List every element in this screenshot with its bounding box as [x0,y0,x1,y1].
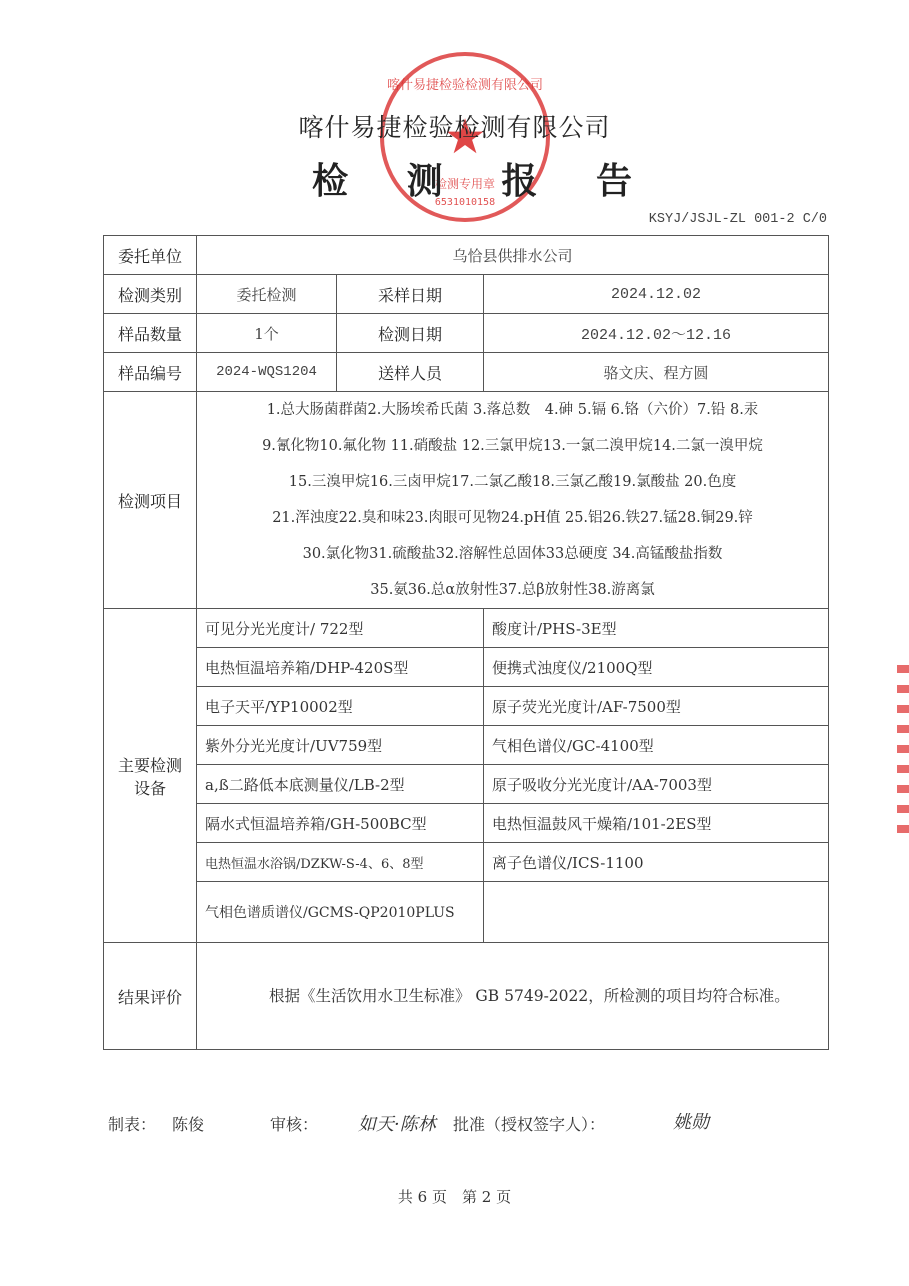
test-items-line: 30.氯化物31.硫酸盐32.溶解性总固体33总硬度 34.高锰酸盐指数 [205,536,820,572]
sender-label: 送样人员 [337,353,484,392]
title-char: 告 [596,153,632,204]
row-sample-count: 样品数量 1个 检测日期 2024.12.02～12.16 [104,314,829,353]
result-label: 结果评价 [104,943,197,1050]
equipment-item: 离子色谱仪/ICS-1100 [484,843,829,882]
result-cell: 根据《生活饮用水卫生标准》 GB 5749-2022，所检测的项目均符合标准。 [197,943,829,1050]
report-title: 检 测 报 告 [312,153,632,204]
equipment-row: 隔水式恒温培养箱/GH-500BC型 电热恒温鼓风干燥箱/101-2ES型 [104,804,829,843]
equipment-row: 电子天平/YP10002型 原子荧光光度计/AF-7500型 [104,687,829,726]
page-number: 共 6 页 第 2 页 [0,1186,909,1207]
row-test-type: 检测类别 委托检测 采样日期 2024.12.02 [104,275,829,314]
reviewed-by-label: 审核： [270,1112,318,1135]
result-text: 根据《生活饮用水卫生标准》 GB 5749-2022，所检测的项目均符合标准。 [205,983,820,1009]
sender-value: 骆文庆、程方圆 [484,353,829,392]
equipment-row: 气相色谱质谱仪/GCMS-QP2010PLUS [104,882,829,943]
equipment-item: 可见分光光度计/ 722型 [197,609,484,648]
test-date-value: 2024.12.02～12.16 [484,314,829,353]
equipment-item: 电热恒温鼓风干燥箱/101-2ES型 [484,804,829,843]
test-items-line: 15.三溴甲烷16.三卤甲烷17.二氯乙酸18.三氯乙酸19.氯酸盐 20.色度 [205,464,820,500]
client-value: 乌恰县供排水公司 [197,236,829,275]
equipment-row: 电热恒温培养箱/DHP-420S型 便携式浊度仪/2100Q型 [104,648,829,687]
prepared-by-label: 制表： [108,1112,156,1135]
equipment-item: 隔水式恒温培养箱/GH-500BC型 [197,804,484,843]
equipment-item: 原子吸收分光光度计/AA-7003型 [484,765,829,804]
equipment-item: a,ß二路低本底测量仪/LB-2型 [197,765,484,804]
equipment-item: 原子荧光光度计/AF-7500型 [484,687,829,726]
equipment-row: 主要检测 设备 可见分光光度计/ 722型 酸度计/PHS-3E型 [104,609,829,648]
edge-seal-mark [897,665,909,835]
sample-count-value: 1个 [197,314,337,353]
equipment-row: a,ß二路低本底测量仪/LB-2型 原子吸收分光光度计/AA-7003型 [104,765,829,804]
title-char: 测 [407,153,443,204]
equipment-row: 电热恒温水浴锅/DZKW-S-4、6、8型 离子色谱仪/ICS-1100 [104,843,829,882]
equipment-item: 电热恒温水浴锅/DZKW-S-4、6、8型 [197,843,484,882]
report-table: 委托单位 乌恰县供排水公司 检测类别 委托检测 采样日期 2024.12.02 … [103,235,829,1050]
title-char: 检 [312,153,348,204]
equipment-row: 紫外分光光度计/UV759型 气相色谱仪/GC-4100型 [104,726,829,765]
signature-row: 制表： 陈俊 审核： 如天·陈林 批准（授权签字人）： 姚勋 [108,1112,808,1142]
test-items-list: 1.总大肠菌群菌2.大肠埃希氏菌 3.落总数 4.砷 5.镉 6.铬（六价）7.… [197,392,829,609]
row-test-items: 检测项目 1.总大肠菌群菌2.大肠埃希氏菌 3.落总数 4.砷 5.镉 6.铬（… [104,392,829,609]
test-items-line: 35.氨36.总α放射性37.总β放射性38.游离氯 [205,572,820,608]
equipment-item: 气相色谱仪/GC-4100型 [484,726,829,765]
row-client: 委托单位 乌恰县供排水公司 [104,236,829,275]
test-items-line: 9.氰化物10.氟化物 11.硝酸盐 12.三氯甲烷13.一氯二溴甲烷14.二氯… [205,428,820,464]
prepared-by-name: 陈俊 [172,1112,204,1135]
row-result: 结果评价 根据《生活饮用水卫生标准》 GB 5749-2022，所检测的项目均符… [104,943,829,1050]
equipment-label: 主要检测 设备 [104,609,197,943]
approver-signature: 姚勋 [673,1108,709,1134]
sample-count-label: 样品数量 [104,314,197,353]
seal-top-text: 喀什易捷检验检测有限公司 [384,74,546,93]
test-type-label: 检测类别 [104,275,197,314]
test-date-label: 检测日期 [337,314,484,353]
title-char: 报 [501,153,537,204]
company-name: 喀什易捷检验检测有限公司 [0,108,909,144]
reviewer-signature: 如天·陈林 [358,1110,436,1136]
equipment-item: 便携式浊度仪/2100Q型 [484,648,829,687]
row-sample-no: 样品编号 2024-WQS1204 送样人员 骆文庆、程方圆 [104,353,829,392]
test-items-line: 21.浑浊度22.臭和味23.肉眼可见物24.pH值 25.铝26.铁27.锰2… [205,500,820,536]
sampling-date-label: 采样日期 [337,275,484,314]
test-items-label: 检测项目 [104,392,197,609]
test-items-line: 1.总大肠菌群菌2.大肠埃希氏菌 3.落总数 4.砷 5.镉 6.铬（六价）7.… [205,392,820,428]
client-label: 委托单位 [104,236,197,275]
sampling-date-value: 2024.12.02 [484,275,829,314]
equipment-item: 电热恒温培养箱/DHP-420S型 [197,648,484,687]
equipment-item: 酸度计/PHS-3E型 [484,609,829,648]
sample-no-value: 2024-WQS1204 [197,353,337,392]
equipment-item: 电子天平/YP10002型 [197,687,484,726]
equipment-item [484,882,829,943]
sample-no-label: 样品编号 [104,353,197,392]
approved-by-label: 批准（授权签字人）： [453,1112,605,1135]
document-code: KSYJ/JSJL-ZL 001-2 C/0 [649,212,827,227]
equipment-item: 紫外分光光度计/UV759型 [197,726,484,765]
equipment-item: 气相色谱质谱仪/GCMS-QP2010PLUS [197,882,484,943]
test-type-value: 委托检测 [197,275,337,314]
